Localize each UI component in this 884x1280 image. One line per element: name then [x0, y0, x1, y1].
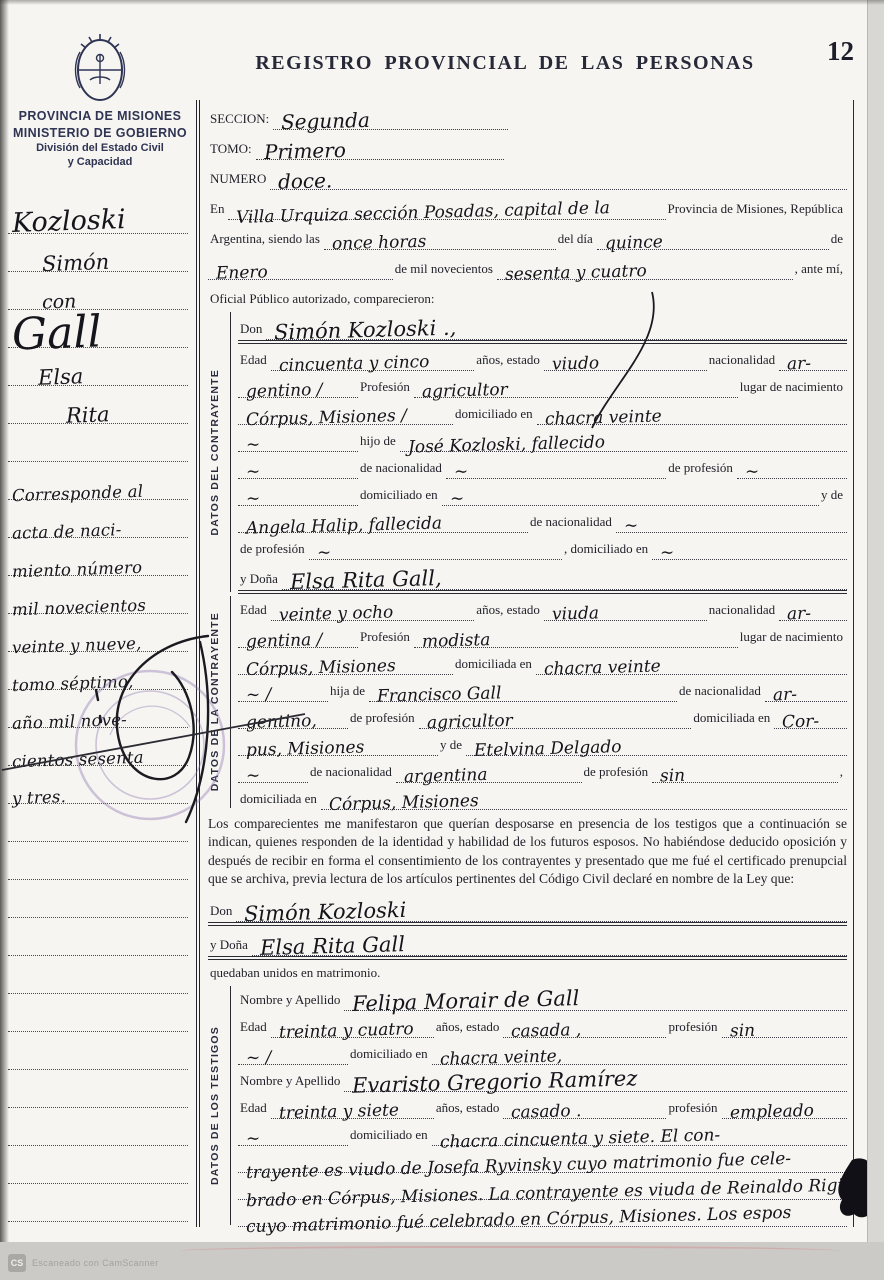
margin-handwriting-line: cientos sesenta [8, 728, 188, 766]
printed-label: domiciliada en [238, 791, 321, 810]
handwritten-entry: gentino, [238, 728, 348, 729]
page-number: 12 [827, 36, 854, 67]
handwritten-entry: ~ [442, 505, 819, 506]
printed-label: , [838, 764, 847, 783]
handwriting: treinta y siete [278, 1101, 398, 1124]
printed-label: Profesión [358, 379, 414, 398]
handwriting: treinta y cuatro [278, 1019, 413, 1043]
form-line: pus, Misionesy deEtelvina Delgado [238, 729, 847, 756]
handwriting: Simón Kozloski [244, 898, 407, 926]
printed-label: y Doña [208, 937, 252, 956]
handwritten-entry: ~ [652, 559, 847, 560]
handwritten-entry: Enero [208, 279, 393, 280]
printed-label: Edad [238, 1019, 271, 1038]
handwriting: Etelvina Delgado [474, 737, 622, 761]
handwriting: argentina [404, 765, 488, 787]
section-declaration: Los comparecientes me manifestaron que q… [200, 815, 853, 888]
handwriting: ~ [745, 462, 760, 482]
printed-label: Edad [238, 352, 271, 371]
margin-empty-line [8, 1146, 188, 1184]
form-line: ~domiciliado en~y de [238, 479, 847, 506]
handwriting: pus, Misiones [246, 737, 365, 760]
handwritten-entry: Simón Kozloski ., [266, 339, 847, 340]
section-vertical-label-text: DATOS DE LOS TESTIGOS [209, 1026, 221, 1185]
handwritten-entry: casado . [503, 1118, 666, 1119]
form-line: gentino /Profesiónagricultorlugar de nac… [238, 371, 847, 398]
handwriting: Cor- [782, 712, 820, 733]
handwriting: ~ [660, 543, 675, 563]
printed-label: nacionalidad [707, 602, 779, 621]
handwriting: doce. [278, 168, 333, 193]
margin-handwriting-line: tomo séptimo, [8, 652, 188, 690]
handwritten-entry: trayente es viudo de Josefa Ryvinsky cuy… [238, 1172, 847, 1173]
margin-handwriting-line: Rita [8, 386, 188, 424]
printed-label: hijo de [358, 433, 400, 452]
margin-empty-line [8, 804, 188, 842]
handwriting: chacra veinte [544, 406, 661, 429]
org-line-ministry: MINISTERIO DE GOBIERNO [8, 126, 192, 140]
margin-empty-line [8, 424, 188, 462]
handwriting: modista [422, 630, 491, 652]
form-line: Nombre y ApellidoFelipa Morair de Gall [238, 984, 847, 1011]
section-body: Edadveinte y ochoaños, estadoviudanacion… [200, 594, 853, 810]
margin-handwriting-line: con [8, 272, 188, 310]
printed-label: Argentina, siendo las [208, 231, 324, 250]
printed-label: Edad [238, 1100, 271, 1119]
org-line-capacity: y Capacidad [8, 156, 192, 168]
handwritten-entry: Elsa Rita Gall [252, 955, 847, 956]
handwriting: cincuenta y cinco [278, 352, 429, 376]
handwriting: ~ [246, 766, 261, 786]
section-body: DonSimón Kozloski .,Edadcincuenta y cinc… [200, 310, 853, 594]
printed-label: domiciliado en [358, 487, 442, 506]
handwriting: ~ [316, 543, 331, 563]
handwriting: once horas [332, 232, 427, 254]
handwritten-entry: Francisco Gall [369, 701, 677, 702]
section-vertical-label-text: DATOS DEL CONTRAYENTE [209, 369, 221, 536]
handwritten-entry: sin [652, 782, 838, 783]
printed-label: de nacionalidad [308, 764, 396, 783]
margin-empty-line [8, 1184, 188, 1222]
form-line: domiciliada enCórpus, Misiones [238, 783, 847, 810]
camscanner-logo-icon: CS [8, 1254, 26, 1272]
printed-label: del día [556, 231, 597, 250]
org-line-province: PROVINCIA DE MISIONES [8, 109, 192, 123]
printed-label: domiciliada en [453, 656, 536, 675]
form-line: y DoñaElsa Rita Gall, [238, 560, 847, 594]
watermark-text: Escaneado con CamScanner [32, 1258, 159, 1268]
printed-label: años, estado [474, 602, 544, 621]
handwriting: ~ [624, 516, 639, 536]
handwriting: agricultor [426, 711, 512, 733]
handwriting: casado . [511, 1101, 582, 1123]
handwriting: ar- [787, 354, 812, 375]
printed-label: Don [208, 903, 236, 922]
handwritten-entry: Simón Kozloski [236, 921, 847, 922]
handwriting: ~ [454, 462, 469, 482]
handwritten-entry: cincuenta y cinco [271, 370, 475, 371]
printed-label: , ante mí, [793, 261, 847, 280]
form-line: quedaban unidos en matrimonio. [208, 960, 847, 984]
handwritten-entry: gentino / [238, 397, 358, 398]
handwriting: casada , [511, 1020, 582, 1042]
printed-label: , domiciliado en [562, 541, 652, 560]
form-line: ~de nacionalidad~de profesión~ [238, 452, 847, 479]
section-body: SECCION:SegundaTOMO:PrimeroNUMEROdoce. [200, 100, 853, 190]
handwriting: sin [660, 766, 686, 787]
printed-label: profesión [666, 1100, 721, 1119]
section-registro-meta: SECCION:SegundaTOMO:PrimeroNUMEROdoce. [200, 100, 853, 190]
margin-handwriting-line: miento número [8, 538, 188, 576]
handwritten-entry: ~ [238, 1145, 348, 1146]
form-line: gentino,de profesiónagricultordomiciliad… [238, 702, 847, 729]
printed-label: lugar de nacimiento [738, 379, 847, 398]
printed-label: domiciliado en [348, 1046, 432, 1065]
form-line: SECCION:Segunda [208, 100, 847, 130]
margin-handwriting-line: Gall [8, 310, 188, 348]
margin-handwriting-line: Elsa [8, 348, 188, 386]
margin-empty-line [8, 956, 188, 994]
handwritten-entry: Primero [256, 159, 504, 160]
section-body: Nombre y ApellidoFelipa Morair de GallEd… [200, 984, 853, 1227]
handwritten-entry: ~ [446, 478, 666, 479]
handwriting: Córpus, Misiones / [246, 406, 407, 430]
printed-label: de profesión [348, 710, 419, 729]
margin-ruled-lines: KozloskiSimónconGallElsaRitaCorresponde … [8, 196, 188, 1260]
printed-label: TOMO: [208, 141, 256, 160]
form-line: Edadveinte y ochoaños, estadoviudanacion… [238, 594, 847, 621]
section-datos-del-contrayente: DATOS DEL CONTRAYENTEDonSimón Kozloski .… [200, 310, 853, 594]
section-vertical-label-text: DATOS DE LA CONTRAYENTE [209, 612, 221, 791]
handwritten-entry: once horas [324, 249, 556, 250]
handwritten-entry: treinta y cuatro [271, 1037, 434, 1038]
margin-empty-line [8, 1032, 188, 1070]
handwriting: gentino, [246, 711, 317, 733]
handwritten-entry: Felipa Morair de Gall [344, 1010, 847, 1011]
handwritten-entry: quince [597, 249, 829, 250]
handwritten-entry: ~ [616, 532, 847, 533]
form-line: ~ /domiciliado enchacra veinte, [238, 1038, 847, 1065]
handwritten-entry: empleado [722, 1118, 847, 1119]
printed-label: de nacionalidad [358, 460, 446, 479]
handwritten-entry: ~ [238, 478, 358, 479]
margin-handwriting-line: Kozloski [8, 196, 188, 234]
printed-label: Edad [238, 602, 271, 621]
form-body: SECCION:SegundaTOMO:PrimeroNUMEROdoce.En… [196, 100, 854, 1227]
handwritten-entry: treinta y siete [271, 1118, 434, 1119]
scanned-marriage-certificate: REGISTRO PROVINCIAL DE LAS PERSONAS 12 P… [0, 0, 884, 1280]
printed-label: de nacionalidad [528, 514, 616, 533]
section-vertical-label: DATOS DE LA CONTRAYENTE [200, 596, 231, 808]
printed-label: años, estado [434, 1100, 504, 1119]
handwriting: Primero [263, 138, 345, 164]
printed-label: y de [438, 737, 466, 756]
printed-label: y Doña [238, 571, 282, 590]
printed-label: profesión [666, 1019, 721, 1038]
form-line: Edadtreinta y cuatroaños, estadocasada ,… [238, 1011, 847, 1038]
form-line: ~ /hija deFrancisco Gallde nacionalidada… [238, 675, 847, 702]
form-line: Angela Halip, fallecidade nacionalidad~ [238, 506, 847, 533]
handwritten-entry: ~ [737, 478, 847, 479]
margin-empty-line [8, 1070, 188, 1108]
form-line: gentina /Profesiónmodistalugar de nacimi… [238, 621, 847, 648]
printed-label: lugar de nacimiento [738, 629, 847, 648]
printed-label: Don [238, 321, 266, 340]
printed-label: domiciliado en [348, 1127, 432, 1146]
handwritten-entry: ar- [779, 370, 847, 371]
section-body: Los comparecientes me manifestaron que q… [200, 815, 853, 888]
handwritten-entry: Cor- [774, 728, 847, 729]
printed-label: Nombre y Apellido [238, 1073, 344, 1092]
declaration-paragraph: Los comparecientes me manifestaron que q… [208, 815, 847, 888]
scan-edge-top [0, 0, 884, 5]
handwritten-entry: Villa Urquiza sección Posadas, capital d… [228, 219, 665, 220]
handwritten-entry: chacra veinte, [432, 1064, 847, 1065]
printed-label: quedaban unidos en matrimonio. [208, 965, 384, 984]
handwriting: veinte y ocho [278, 603, 393, 626]
printed-label: hija de [328, 683, 369, 702]
handwriting: ~ [449, 489, 464, 509]
scan-edge-right [867, 0, 884, 1280]
handwritten-entry: Córpus, Misiones [238, 674, 453, 675]
form-line: Edadcincuenta y cincoaños, estadoviudona… [238, 344, 847, 371]
handwriting: gentina / [246, 630, 323, 652]
printed-label: de mil novecientos [393, 261, 497, 280]
printed-label: domiciliada en [691, 710, 774, 729]
coat-of-arms-icon [64, 24, 136, 106]
handwritten-entry: Córpus, Misiones [321, 809, 847, 810]
handwriting: chacra veinte, [439, 1047, 562, 1070]
form-line: DonSimón Kozloski [208, 892, 847, 926]
printed-label: En [208, 201, 228, 220]
handwriting: ~ [246, 1129, 261, 1149]
handwritten-entry: Angela Halip, fallecida [238, 532, 528, 533]
handwriting: Elsa Rita Gall, [290, 566, 442, 594]
handwritten-entry: casada , [503, 1037, 666, 1038]
handwriting: Elsa Rita Gall [260, 932, 406, 960]
printed-label: domiciliado en [453, 406, 537, 425]
form-line: trayente es viudo de Josefa Ryvinsky cuy… [238, 1146, 847, 1173]
handwritten-entry: brado en Córpus, Misiones. La contrayent… [238, 1199, 847, 1200]
printed-label: y de [819, 487, 847, 506]
section-datos-de-la-contrayente: DATOS DE LA CONTRAYENTEEdadveinte y ocho… [200, 594, 853, 810]
handwritten-entry: agricultor [419, 728, 692, 729]
handwritten-entry: chacra cincuenta y siete. El con- [432, 1145, 847, 1146]
handwriting: Francisco Gall [377, 683, 502, 706]
margin-empty-line [8, 1108, 188, 1146]
handwritten-entry: ~ [238, 505, 358, 506]
handwritten-entry: viuda [544, 620, 707, 621]
printed-label: de profesión [582, 764, 653, 783]
handwriting: Segunda [281, 108, 370, 134]
printed-label: Profesión [358, 629, 414, 648]
form-title: REGISTRO PROVINCIAL DE LAS PERSONAS [235, 52, 775, 75]
handwriting: Enero [216, 262, 268, 283]
margin-handwriting-line: acta de naci- [8, 500, 188, 538]
scan-edge-left [0, 0, 9, 1280]
margin-handwriting-line: y tres. [8, 766, 188, 804]
printed-label: de nacionalidad [677, 683, 765, 702]
form-line: Córpus, Misionesdomiciliada enchacra vei… [238, 648, 847, 675]
handwritten-entry: agricultor [414, 397, 738, 398]
handwriting: ~ [246, 462, 261, 482]
scan-pink-artifact [180, 1246, 840, 1256]
printed-label: de [829, 231, 847, 250]
section-datos-de-los-testigos: DATOS DE LOS TESTIGOSNombre y ApellidoFe… [200, 984, 853, 1227]
handwritten-entry: Evaristo Gregorio Ramírez [344, 1091, 847, 1092]
handwriting: ~ / [246, 1048, 272, 1069]
printed-label: de profesión [666, 460, 737, 479]
section-opening: EnVilla Urquiza sección Posadas, capital… [200, 190, 853, 310]
handwritten-entry: Etelvina Delgado [466, 755, 847, 756]
sidebar-letterhead: PROVINCIA DE MISIONES MINISTERIO DE GOBI… [8, 24, 192, 168]
handwritten-entry: pus, Misiones [238, 755, 438, 756]
form-line: Córpus, Misiones /domiciliado enchacra v… [238, 398, 847, 425]
handwritten-entry: José Kozloski, fallecido [400, 451, 847, 452]
handwritten-entry: Segunda [273, 129, 508, 130]
margin-empty-line [8, 842, 188, 880]
handwritten-entry: Elsa Rita Gall, [282, 589, 847, 590]
margin-empty-line [8, 880, 188, 918]
form-line: ~de nacionalidadargentinade profesiónsin… [238, 756, 847, 783]
handwriting: ~ [246, 435, 261, 455]
handwriting: ~ / [246, 685, 272, 706]
form-line: Oficial Público autorizado, compareciero… [208, 280, 847, 310]
handwritten-entry: ~ [238, 782, 308, 783]
handwriting: ar- [773, 685, 798, 706]
handwritten-entry: ~ / [238, 701, 328, 702]
handwriting: quince [605, 232, 663, 254]
margin-empty-line [8, 918, 188, 956]
form-line: ~hijo deJosé Kozloski, fallecido [238, 425, 847, 452]
handwriting: Córpus, Misiones [246, 656, 396, 680]
form-line: DonSimón Kozloski ., [238, 310, 847, 344]
margin-handwriting-line: mil novecientos [8, 576, 188, 614]
form-line: NUMEROdoce. [208, 160, 847, 190]
handwritten-entry: sin [722, 1037, 847, 1038]
handwritten-entry: ~ / [238, 1064, 348, 1065]
handwritten-entry: veinte y ocho [271, 620, 475, 621]
handwritten-entry: argentina [396, 782, 582, 783]
handwriting: viudo [552, 353, 600, 374]
section-body: DonSimón Kozloskiy DoñaElsa Rita Gallque… [200, 892, 853, 984]
form-line: TOMO:Primero [208, 130, 847, 160]
handwritten-entry: chacra veinte [537, 424, 847, 425]
printed-label: Provincia de Misiones, República [666, 201, 847, 220]
handwritten-entry: cuyo matrimonio fué celebrado en Córpus,… [238, 1226, 847, 1227]
org-line-division: División del Estado Civil [8, 142, 192, 154]
margin-empty-line [8, 994, 188, 1032]
handwritten-entry: ~ [309, 559, 562, 560]
handwritten-entry: ar- [765, 701, 847, 702]
margin-handwriting-line: año mil nove- [8, 690, 188, 728]
form-line: de profesión~, domiciliado en~ [238, 533, 847, 560]
handwritten-entry: ar- [779, 620, 847, 621]
handwriting: ~ [246, 489, 261, 509]
handwriting: sesenta y cuatro [505, 261, 647, 285]
handwritten-entry: chacra veinte [536, 674, 847, 675]
printed-label: nacionalidad [707, 352, 779, 371]
section-vertical-label: DATOS DE LOS TESTIGOS [200, 986, 231, 1225]
section-body: EnVilla Urquiza sección Posadas, capital… [200, 190, 853, 310]
handwritten-entry: Córpus, Misiones / [238, 424, 453, 425]
form-line: y DoñaElsa Rita Gall [208, 926, 847, 960]
handwritten-entry: sesenta y cuatro [497, 279, 793, 280]
printed-label: Oficial Público autorizado, compareciero… [208, 291, 439, 310]
handwriting: Simón Kozloski ., [274, 316, 457, 345]
form-line: Edadtreinta y sieteaños, estadocasado .p… [238, 1092, 847, 1119]
handwriting: agricultor [422, 380, 508, 402]
printed-label: Nombre y Apellido [238, 992, 344, 1011]
printed-label: SECCION: [208, 111, 273, 130]
printed-label: NUMERO [208, 171, 270, 190]
handwriting: gentino / [246, 380, 323, 402]
margin-handwriting-line: Corresponde al [8, 462, 188, 500]
scanner-watermark: CS Escaneado con CamScanner [8, 1254, 159, 1272]
form-line: Enerode mil novecientossesenta y cuatro,… [208, 250, 847, 280]
handwritten-entry: gentina / [238, 647, 358, 648]
handwriting: viuda [552, 603, 600, 624]
handwritten-entry: viudo [544, 370, 707, 371]
handwritten-entry: modista [414, 647, 738, 648]
handwriting: empleado [729, 1101, 813, 1123]
handwritten-entry: ~ [238, 451, 358, 452]
form-line: Nombre y ApellidoEvaristo Gregorio Ramír… [238, 1065, 847, 1092]
form-line: EnVilla Urquiza sección Posadas, capital… [208, 190, 847, 220]
handwriting: chacra veinte [544, 656, 661, 679]
margin-handwriting-line: Simón [8, 234, 188, 272]
section-vertical-label: DATOS DEL CONTRAYENTE [200, 312, 231, 592]
form-line: ~domiciliado enchacra cincuenta y siete.… [238, 1119, 847, 1146]
section-vows: DonSimón Kozloskiy DoñaElsa Rita Gallque… [200, 892, 853, 984]
printed-label: años, estado [434, 1019, 504, 1038]
handwriting: Córpus, Misiones [329, 791, 479, 815]
printed-label: de profesión [238, 541, 309, 560]
handwriting: ar- [787, 604, 812, 625]
margin-handwriting-line: veinte y nueve, [8, 614, 188, 652]
printed-label: años, estado [474, 352, 544, 371]
handwriting: sin [729, 1021, 755, 1042]
